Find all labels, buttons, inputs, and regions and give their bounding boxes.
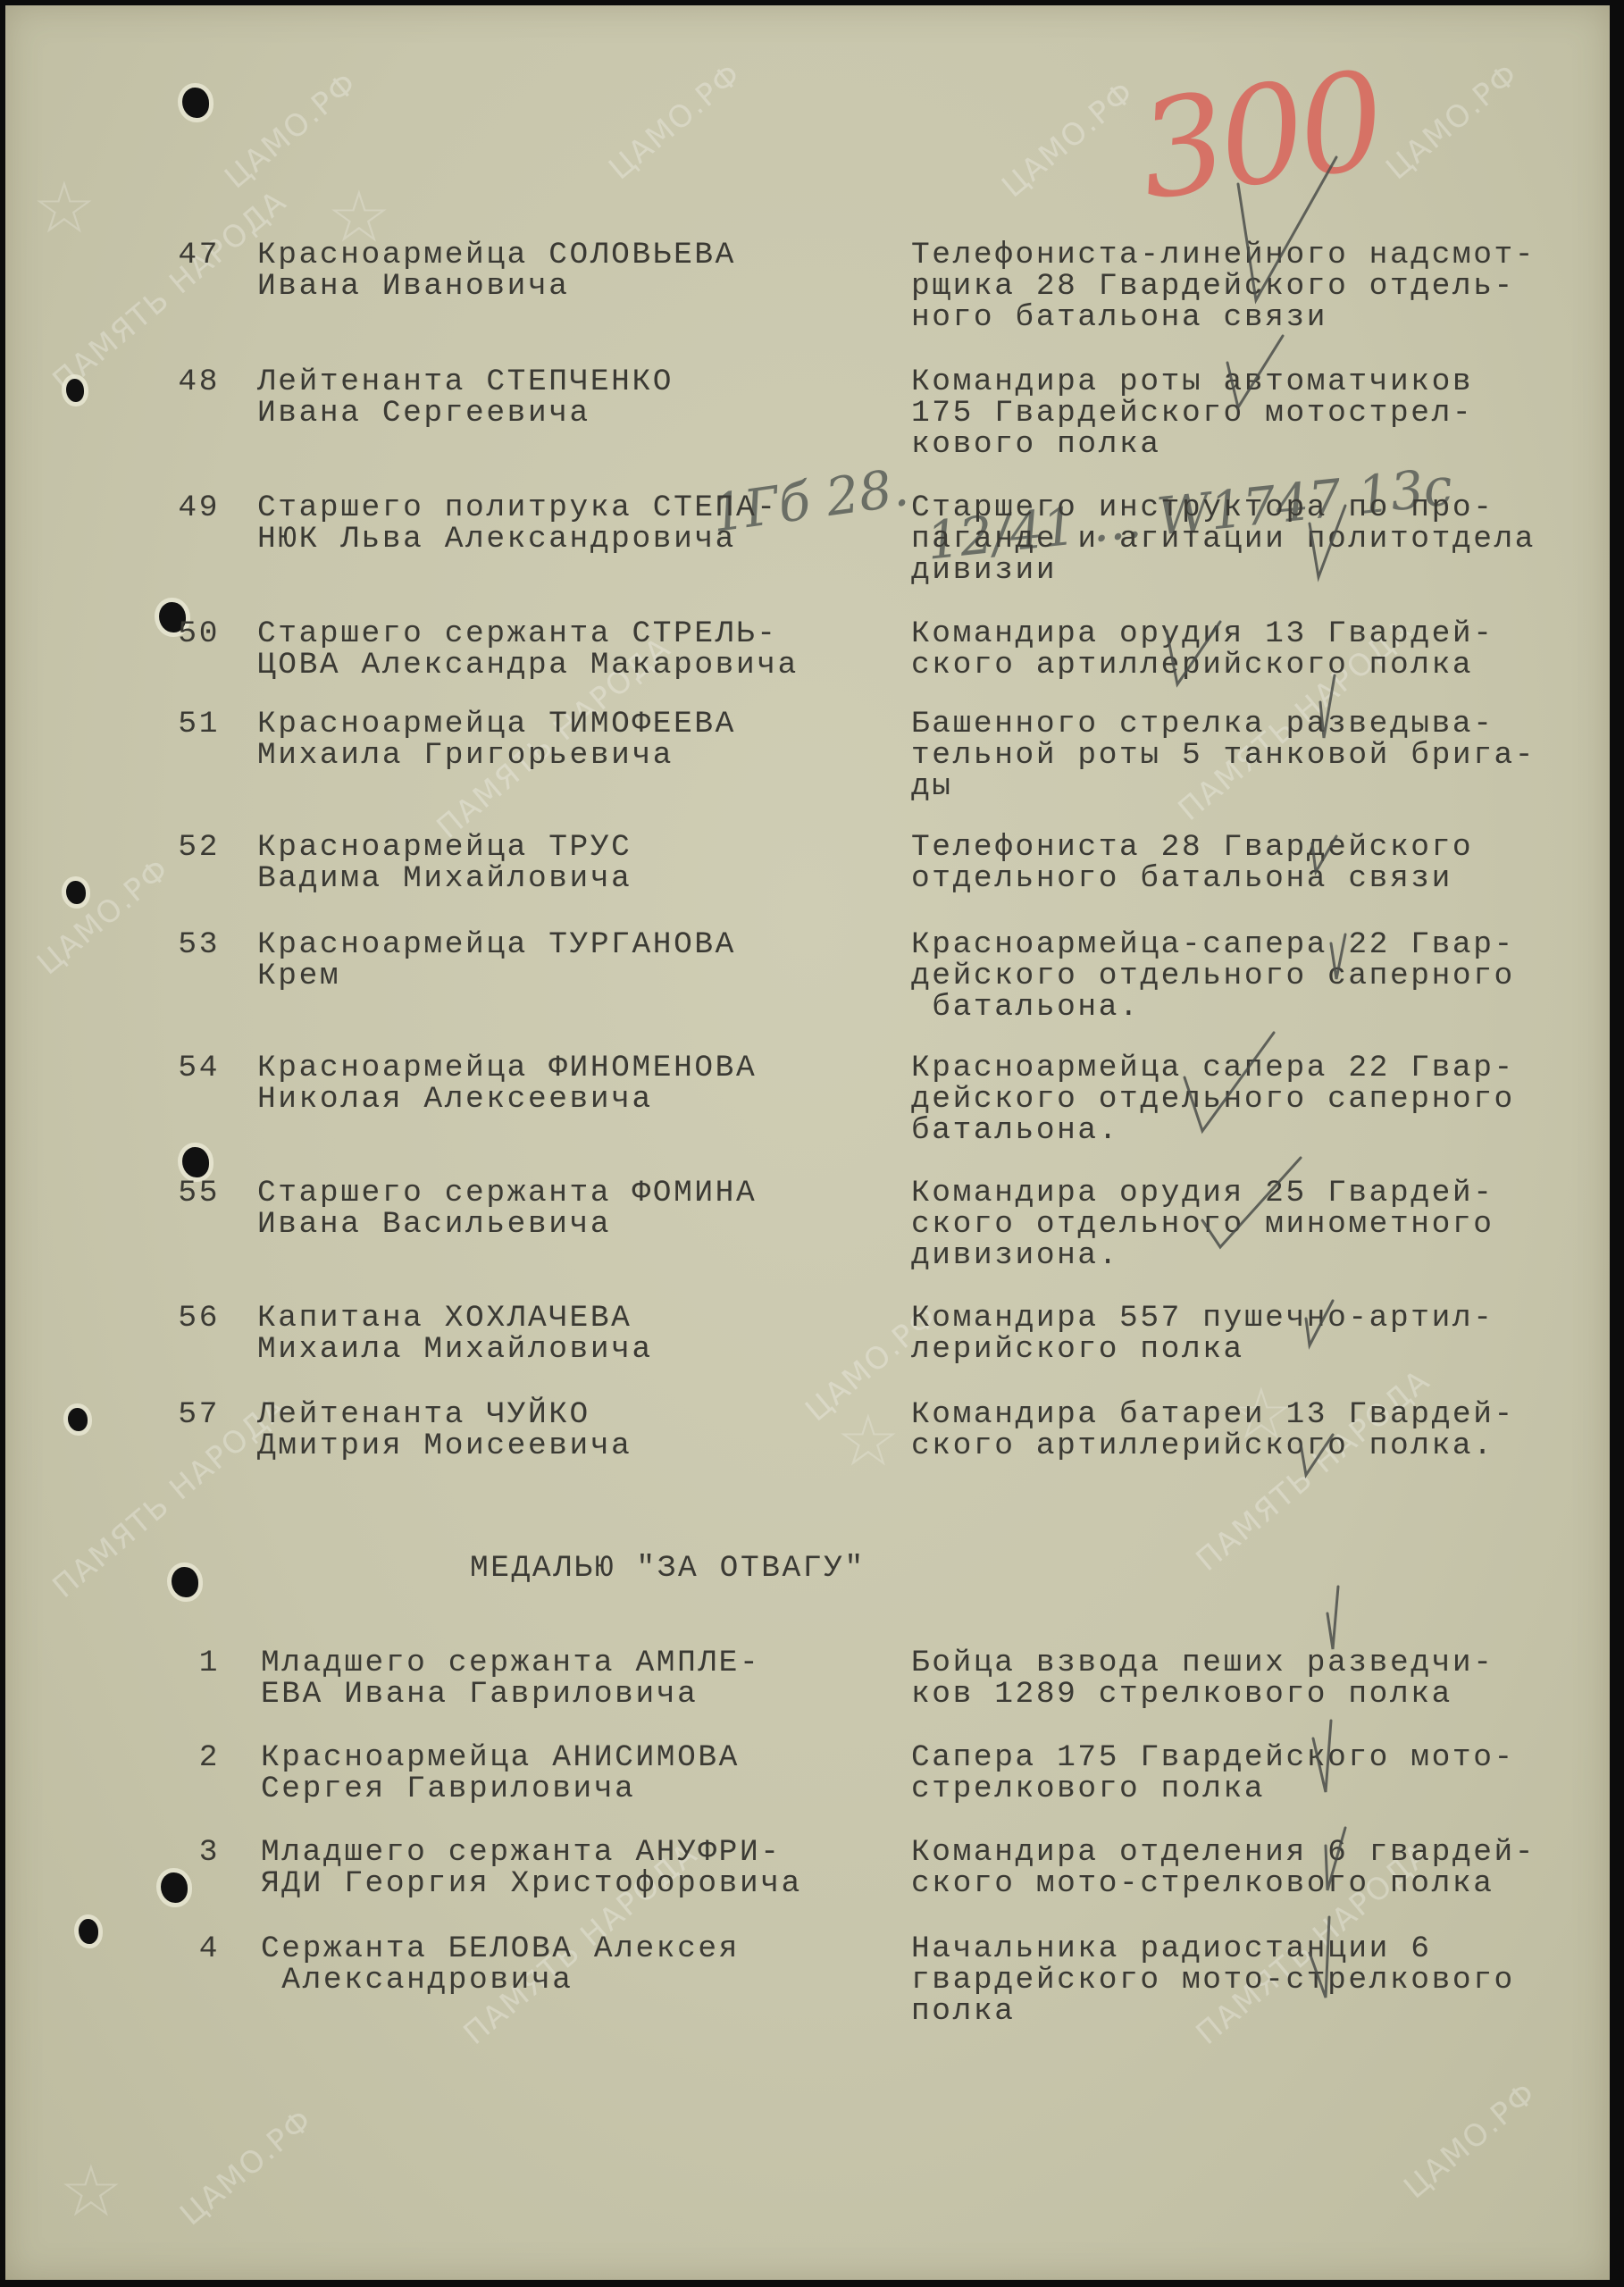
watermark: ПАМЯТЬ НАРОДА bbox=[1190, 1362, 1437, 1579]
entry-position-line: ного батальона связи bbox=[911, 302, 1327, 333]
entry-recipient-name-line: Старшего сержанта СТРЕЛЬ- bbox=[257, 618, 778, 649]
entry-recipient-name-line: Капитана ХОХЛАЧЕВА bbox=[257, 1303, 632, 1334]
watermark: ЦАМО.РФ bbox=[218, 65, 364, 197]
entry-position-line: Бойца взвода пеших разведчи- bbox=[911, 1647, 1494, 1679]
entry-recipient-name-line: Вадима Михайловича bbox=[257, 863, 632, 894]
entry-recipient-name-line: Ивана Ивановича bbox=[257, 271, 570, 302]
entry-number: 3 bbox=[166, 1837, 220, 1868]
entry-recipient-name-line: Старшего сержанта ФОМИНА bbox=[257, 1177, 757, 1209]
entry-number: 1 bbox=[166, 1647, 220, 1679]
punch-hole bbox=[161, 1872, 188, 1903]
entry-recipient-name-line: Александровича bbox=[261, 1964, 573, 1996]
entry-recipient-name-line: Лейтенанта СТЕПЧЕНКО bbox=[257, 366, 674, 398]
entry-position-line: дейского отдельного саперного bbox=[911, 960, 1515, 992]
entry-number: 47 bbox=[166, 239, 220, 271]
entry-recipient-name-line: Ивана Васильевича bbox=[257, 1209, 611, 1240]
entry-number: 55 bbox=[166, 1177, 220, 1209]
entry-recipient-name-line: ЦОВА Александра Макаровича bbox=[257, 649, 799, 681]
entry-position-line: тельной роты 5 танковой брига- bbox=[911, 740, 1536, 771]
entry-position-line: Командира батареи 13 Гвардей- bbox=[911, 1399, 1515, 1430]
entry-recipient-name-line: Лейтенанта ЧУЙКО bbox=[257, 1399, 590, 1430]
entry-position-line: дейского отдельного саперного bbox=[911, 1084, 1515, 1115]
entry-position-line: дивизиона. bbox=[911, 1240, 1119, 1271]
entry-position-line: стрелкового полка bbox=[911, 1773, 1265, 1805]
entry-position-line: ского артиллерийского полка. bbox=[911, 1430, 1494, 1462]
entry-number: 51 bbox=[166, 708, 220, 740]
watermark: ЦАМО.РФ bbox=[30, 851, 177, 983]
entry-position-line: Красноармейца сапера 22 Гвар- bbox=[911, 1052, 1515, 1084]
entry-recipient-name-line: Красноармейца ФИНОМЕНОВА bbox=[257, 1052, 757, 1084]
entry-number: 2 bbox=[166, 1742, 220, 1773]
entry-position-line: Красноармейца-сапера 22 Гвар- bbox=[911, 929, 1515, 960]
star-watermark-icon: ☆ bbox=[836, 1399, 900, 1482]
entry-position-line: гвардейского мото-стрелкового bbox=[911, 1964, 1515, 1996]
entry-recipient-name-line: Крем bbox=[257, 960, 340, 992]
entry-recipient-name-line: Младшего сержанта АМПЛЕ- bbox=[261, 1647, 760, 1679]
entry-position-line: 175 Гвардейского мотострел- bbox=[911, 398, 1473, 429]
entry-recipient-name-line: НЮК Льва Александровича bbox=[257, 524, 736, 555]
entry-number: 52 bbox=[166, 832, 220, 863]
entry-position-line: Командира 557 пушечно-артил- bbox=[911, 1303, 1494, 1334]
entry-number: 49 bbox=[166, 492, 220, 524]
entry-position-line: Командира роты автоматчиков bbox=[911, 366, 1473, 398]
entry-position-line: ды bbox=[911, 771, 953, 802]
entry-number: 50 bbox=[166, 618, 220, 649]
watermark: ЦАМО.РФ bbox=[995, 74, 1142, 205]
entry-position-line: батальона. bbox=[911, 1115, 1119, 1146]
entry-recipient-name-line: Красноармейца АНИСИМОВА bbox=[261, 1742, 740, 1773]
entry-recipient-name-line: Красноармейца СОЛОВЬЕВА bbox=[257, 239, 736, 271]
entry-recipient-name-line: Михаила Григорьевича bbox=[257, 740, 674, 771]
entry-position-line: Телефониста 28 Гвардейского bbox=[911, 832, 1473, 863]
entry-recipient-name-line: Ивана Сергеевича bbox=[257, 398, 590, 429]
entry-position-line: ков 1289 стрелкового полка bbox=[911, 1679, 1452, 1710]
entry-recipient-name-line: Младшего сержанта АНУФРИ- bbox=[261, 1837, 782, 1868]
watermark: ЦАМО.РФ bbox=[1379, 56, 1526, 188]
star-watermark-icon: ☆ bbox=[59, 2149, 123, 2233]
entry-recipient-name-line: Красноармейца ТИМОФЕЕВА bbox=[257, 708, 736, 740]
entry-position-line: Командира орудия 25 Гвардей- bbox=[911, 1177, 1494, 1209]
star-watermark-icon: ☆ bbox=[32, 166, 96, 249]
entry-position-line: рщика 28 Гвардейского отдель- bbox=[911, 271, 1515, 302]
entry-position-line: ского артиллерийского полка bbox=[911, 649, 1473, 681]
entry-recipient-name-line: ЯДИ Георгия Христофоровича bbox=[261, 1868, 802, 1899]
entry-position-line: Сапера 175 Гвардейского мото- bbox=[911, 1742, 1515, 1773]
entry-number: 4 bbox=[166, 1933, 220, 1964]
entry-position-line: Начальника радиостанции 6 bbox=[911, 1933, 1432, 1964]
watermark: ЦАМО.РФ bbox=[173, 2102, 320, 2233]
entry-number: 56 bbox=[166, 1303, 220, 1334]
entry-position-line: лерийского полка bbox=[911, 1334, 1244, 1365]
punch-hole bbox=[182, 1147, 209, 1177]
punch-hole bbox=[66, 881, 86, 904]
entry-position-line: кового полка bbox=[911, 429, 1161, 460]
document-page: ЦАМО.РФ ЦАМО.РФ ЦАМО.РФ ЦАМО.РФ ПАМЯТЬ Н… bbox=[5, 5, 1610, 2280]
entry-recipient-name-line: Дмитрия Моисеевича bbox=[257, 1430, 632, 1462]
entry-position-line: Командира орудия 13 Гвардей- bbox=[911, 618, 1494, 649]
punch-hole bbox=[182, 88, 209, 118]
entry-position-line: Старшего инструктора по про- bbox=[911, 492, 1494, 524]
watermark: ЦАМО.РФ bbox=[1397, 2075, 1544, 2207]
entry-position-line: отдельного батальона связи bbox=[911, 863, 1452, 894]
entry-position-line: Телефониста-линейного надсмот- bbox=[911, 239, 1536, 271]
watermark: ЦАМО.РФ bbox=[602, 56, 749, 188]
red-pencil-page-number: 300 bbox=[1130, 43, 1389, 230]
entry-number: 57 bbox=[166, 1399, 220, 1430]
entry-number: 48 bbox=[166, 366, 220, 398]
entry-position-line: ского мото-стрелкового полка bbox=[911, 1868, 1494, 1899]
entry-position-line: Башенного стрелка разведыва- bbox=[911, 708, 1494, 740]
entry-recipient-name-line: Николая Алексеевича bbox=[257, 1084, 653, 1115]
entry-position-line: Командира отделения 6 гвардей- bbox=[911, 1837, 1536, 1868]
entry-position-line: ского отдельного минометного bbox=[911, 1209, 1494, 1240]
punch-hole bbox=[68, 1408, 88, 1431]
punch-hole bbox=[66, 379, 84, 402]
entry-recipient-name-line: Старшего политрука СТЕПА- bbox=[257, 492, 778, 524]
entry-position-line: паганде и агитации политотдела bbox=[911, 524, 1536, 555]
punch-hole bbox=[79, 1919, 98, 1944]
entry-position-line: батальона. bbox=[911, 992, 1140, 1023]
entry-recipient-name-line: Сергея Гавриловича bbox=[261, 1773, 635, 1805]
entry-position-line: дивизии bbox=[911, 555, 1057, 586]
entry-recipient-name-line: Красноармейца ТРУС bbox=[257, 832, 632, 863]
punch-hole bbox=[172, 1567, 198, 1597]
entry-position-line: полка bbox=[911, 1996, 1016, 2027]
entry-recipient-name-line: Красноармейца ТУРГАНОВА bbox=[257, 929, 736, 960]
entry-number: 53 bbox=[166, 929, 220, 960]
entry-number: 54 bbox=[166, 1052, 220, 1084]
section-heading-medal-for-courage: МЕДАЛЬЮ "ЗА ОТВАГУ" bbox=[470, 1551, 866, 1586]
entry-recipient-name-line: ЕВА Ивана Гавриловича bbox=[261, 1679, 698, 1710]
entry-recipient-name-line: Сержанта БЕЛОВА Алексея bbox=[261, 1933, 740, 1964]
entry-recipient-name-line: Михаила Михайловича bbox=[257, 1334, 653, 1365]
